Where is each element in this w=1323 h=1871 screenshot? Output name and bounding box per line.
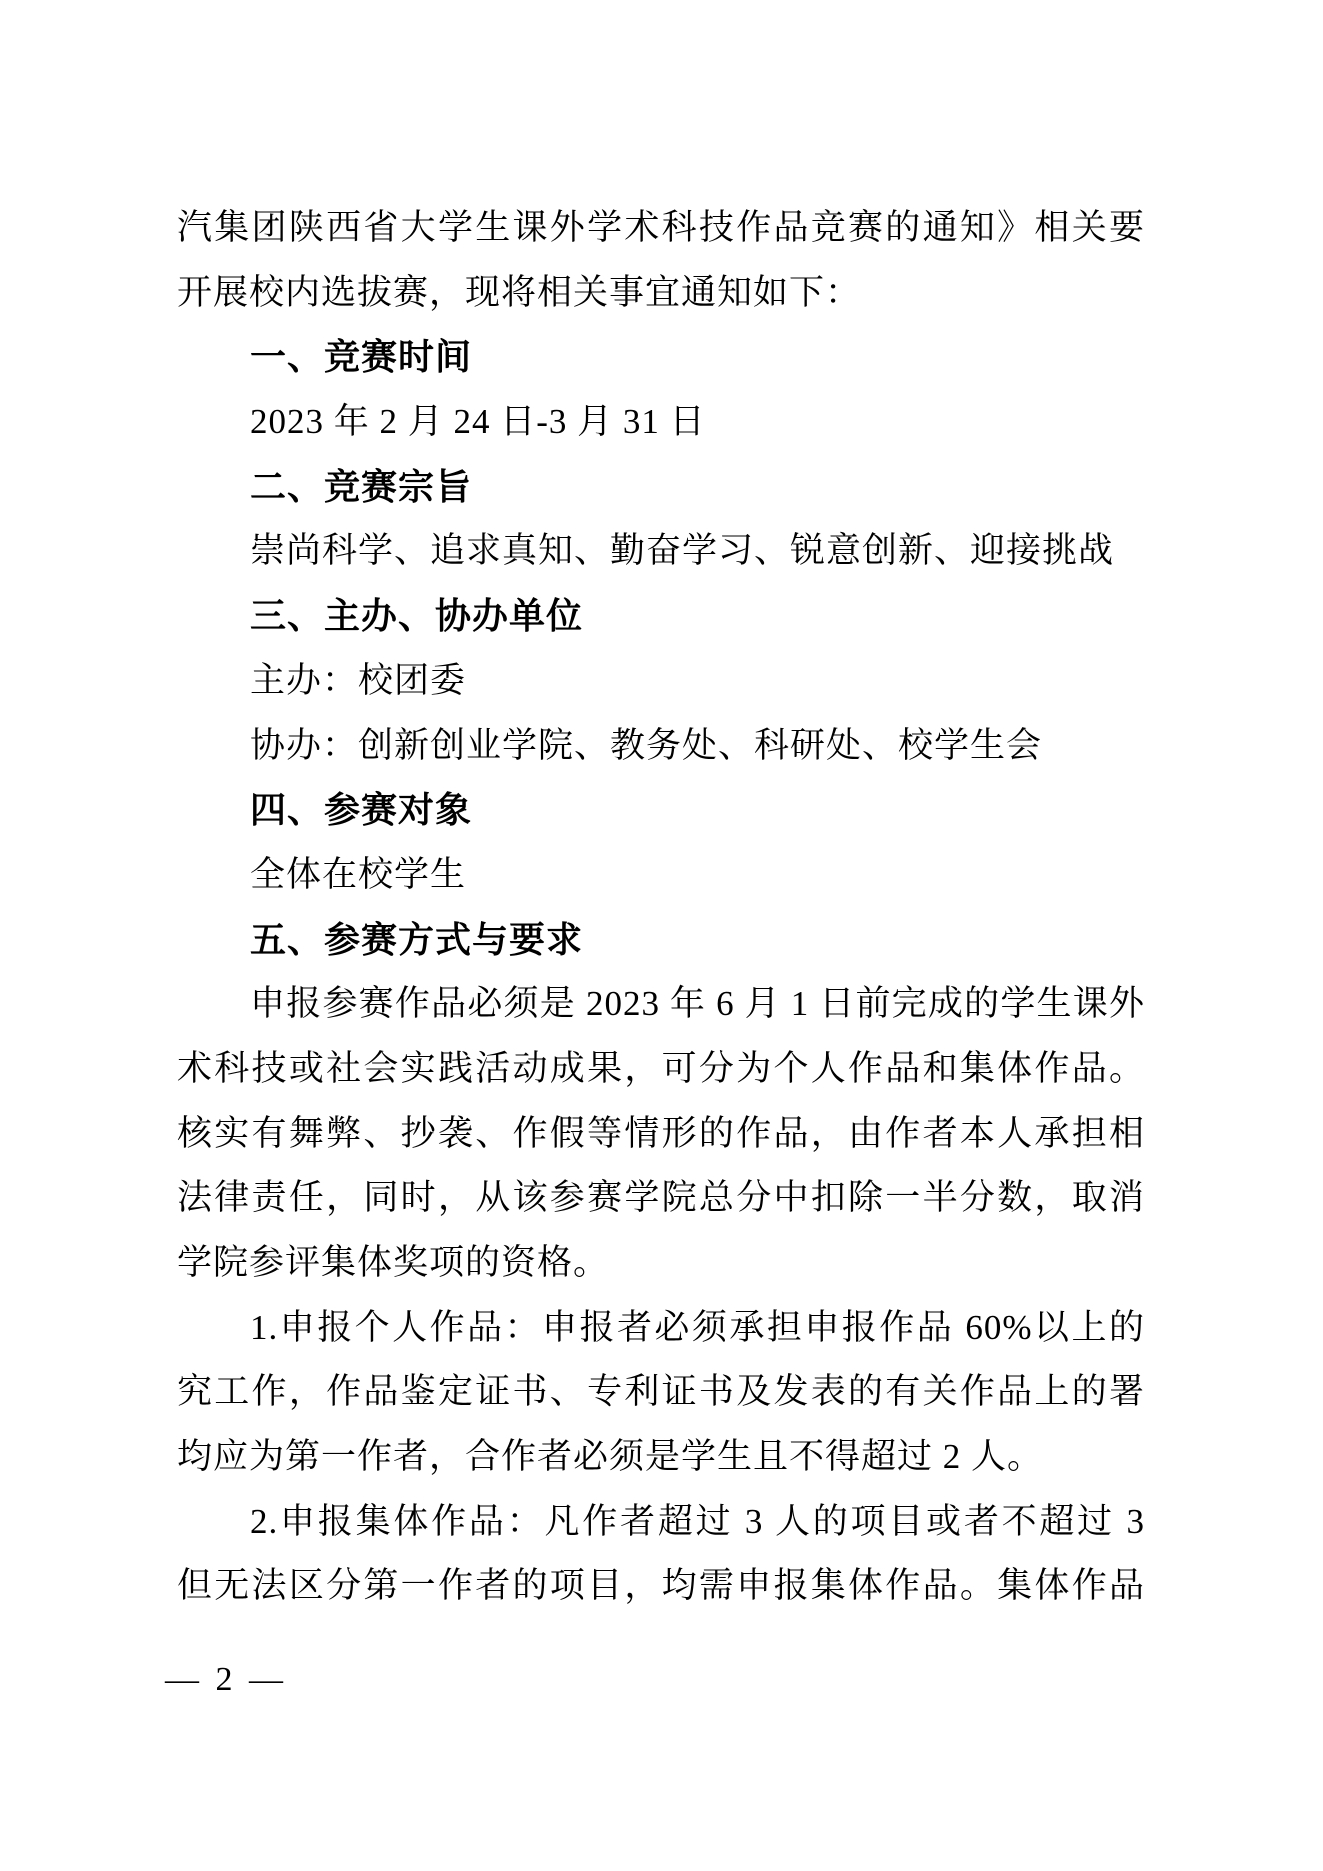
text-line: 崇尚科学、追求真知、勤奋学习、锐意创新、迎接挑战 (177, 519, 1145, 584)
page-number: — 2 — (165, 1648, 287, 1712)
text-line: 开展校内选拔赛，现将相关事宜通知如下： (177, 261, 1145, 326)
text-line: 1.申报个人作品：申报者必须承担申报作品 60%以上的研 (177, 1296, 1145, 1361)
section-heading: 二、竞赛宗旨 (177, 455, 1145, 520)
section-heading: 四、参赛对象 (177, 778, 1145, 843)
text-line: 但无法区分第一作者的项目，均需申报集体作品。集体作品的 (177, 1554, 1145, 1619)
text-line: 汽集团陕西省大学生课外学术科技作品竞赛的通知》相关要求， (177, 196, 1145, 261)
section-heading: 三、主办、协办单位 (177, 584, 1145, 649)
document-page: 汽集团陕西省大学生课外学术科技作品竞赛的通知》相关要求，开展校内选拔赛，现将相关… (0, 0, 1323, 1871)
document-body: 汽集团陕西省大学生课外学术科技作品竞赛的通知》相关要求，开展校内选拔赛，现将相关… (177, 196, 1145, 1619)
text-line: 均应为第一作者，合作者必须是学生且不得超过 2 人。 (177, 1425, 1145, 1490)
section-heading: 五、参赛方式与要求 (177, 908, 1145, 973)
text-line: 申报参赛作品必须是 2023 年 6 月 1 日前完成的学生课外学 (177, 972, 1145, 1037)
text-line: 2.申报集体作品：凡作者超过 3 人的项目或者不超过 3 人， (177, 1490, 1145, 1555)
text-line: 术科技或社会实践活动成果，可分为个人作品和集体作品。经 (177, 1037, 1145, 1102)
text-line: 法律责任，同时，从该参赛学院总分中扣除一半分数，取消该 (177, 1166, 1145, 1231)
text-line: 全体在校学生 (177, 843, 1145, 908)
text-line: 核实有舞弊、抄袭、作假等情形的作品，由作者本人承担相应 (177, 1102, 1145, 1167)
section-heading: 一、竞赛时间 (177, 325, 1145, 390)
text-line: 2023 年 2 月 24 日-3 月 31 日 (177, 390, 1145, 455)
text-line: 学院参评集体奖项的资格。 (177, 1231, 1145, 1296)
text-line: 协办：创新创业学院、教务处、科研处、校学生会 (177, 714, 1145, 779)
text-line: 究工作，作品鉴定证书、专利证书及发表的有关作品上的署名 (177, 1360, 1145, 1425)
text-line: 主办：校团委 (177, 649, 1145, 714)
